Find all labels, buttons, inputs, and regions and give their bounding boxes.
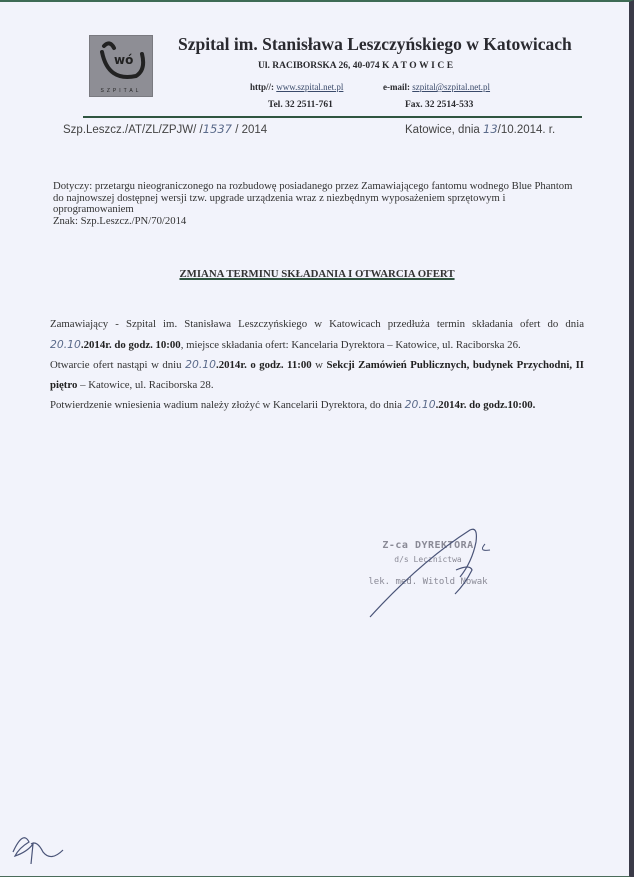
website-label: http//: [250,82,274,92]
notice-body: Zamawiający - Szpital im. Stanisława Les… [50,315,584,416]
date-prefix: Katowice, dnia [405,124,480,136]
fax-number: Fax. 32 2514-533 [405,100,473,110]
subject-text: Dotyczy: przetargu nieograniczonego na r… [53,181,573,216]
handwritten-date: 20.10 [185,358,216,371]
text: Otwarcie ofert nastąpi w dniu [50,359,185,371]
subject-block: Dotyczy: przetargu nieograniczonego na r… [53,181,573,227]
text: Zamawiający - Szpital im. Stanisława Les… [50,318,584,330]
bold-deposit-deadline: 2014r. do godz.10:00. [438,399,535,411]
text: w [312,359,327,371]
hospital-name: Szpital im. Stanisława Leszczyńskiego w … [178,34,572,55]
notice-heading-text: ZMIANA TERMINU SKŁADANIA I OTWARCIA OFER… [179,268,454,280]
handwritten-date: 20.10 [50,338,81,351]
website-line: http//: www.szpital.net.pl [250,82,343,92]
hospital-logo: wó SZPITAL [89,35,153,97]
svg-text:wó: wó [114,53,133,67]
reference-suffix: / 2014 [235,124,267,136]
paragraph-opening: Otwarcie ofert nastąpi w dniu 20.10.2014… [50,355,584,395]
logo-smile-icon: wó [90,36,152,88]
text: Potwierdzenie wniesienia wadium należy z… [50,399,405,411]
handwritten-date: 20.10 [405,398,436,411]
letterhead-divider [83,116,582,118]
date-suffix: /10.2014. r. [498,124,556,136]
paragraph-deadline: Zamawiający - Szpital im. Stanisława Les… [50,315,584,355]
hospital-address: Ul. RACIBORSKA 26, 40-074 KATOWICE [258,61,456,71]
case-sign: Znak: Szp.Leszcz./PN/70/2014 [53,216,573,228]
text: , miejsce składania ofert: Kancelaria Dy… [181,339,521,351]
address-street: Ul. RACIBORSKA 26, 40-074 [258,61,380,71]
logo-caption: SZPITAL [90,88,152,94]
address-city: KATOWICE [382,61,456,71]
email-label: e-mail: [383,82,410,92]
paragraph-deposit: Potwierdzenie wniesienia wadium należy z… [50,395,584,416]
email-link[interactable]: szpital@szpital.net.pl [412,82,490,92]
reference-prefix: Szp.Leszcz./AT/ZL/ZPJW/ / [63,124,203,136]
document-page: wó SZPITAL Szpital im. Stanisława Leszcz… [0,0,634,877]
handwritten-signature-icon [360,522,520,622]
letter-date: Katowice, dnia 13/10.2014. r. [405,122,555,136]
bold-deadline: 2014r. do godz. 10:00 [84,339,181,351]
notice-heading: ZMIANA TERMINU SKŁADANIA I OTWARCIA OFER… [0,268,634,280]
date-handwritten-day: 13 [483,122,498,136]
text: – Katowice, ul. Raciborska 28. [77,379,213,391]
handwritten-initials-icon [5,822,75,872]
phone-number: Tel. 32 2511-761 [268,100,333,110]
reference-number: Szp.Leszcz./AT/ZL/ZPJW/ /1537 / 2014 [63,122,267,136]
reference-handwritten: 1537 [203,122,232,136]
email-line: e-mail: szpital@szpital.net.pl [383,82,490,92]
bold-opening-time: 2014r. o godz. 11:00 [219,359,312,371]
website-link[interactable]: www.szpital.net.pl [276,82,343,92]
